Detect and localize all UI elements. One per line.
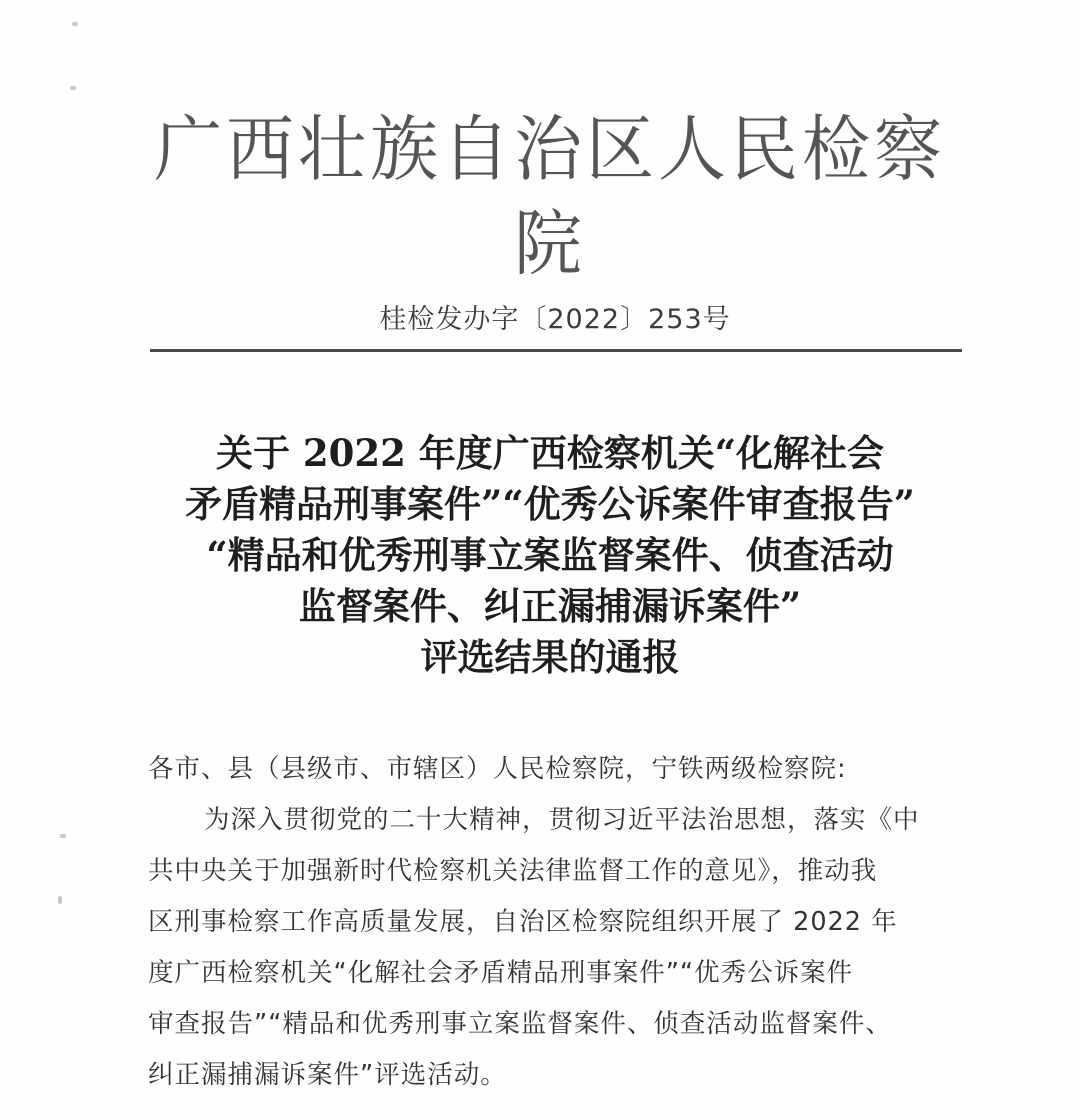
- notice-title-line: 评选结果的通报: [140, 632, 960, 683]
- paragraph-line: 纠正漏捕漏诉案件”评选活动。: [148, 1050, 968, 1101]
- notice-title-line: 关于 2022 年度广西检察机关“化解社会: [140, 428, 960, 479]
- body-text: 各市、县（县级市、市辖区）人民检察院，宁铁两级检察院: 为深入贯彻党的二十大精神…: [148, 744, 968, 1101]
- issuer-heading: 广西壮族自治区人民检察院: [150, 104, 950, 293]
- notice-title-line: 监督案件、纠正漏捕漏诉案件”: [140, 581, 960, 632]
- notice-title: 关于 2022 年度广西检察机关“化解社会 矛盾精品刑事案件”“优秀公诉案件审查…: [140, 428, 960, 683]
- margin-mark: [72, 22, 78, 26]
- paragraph-line: 审查报告”“精品和优秀刑事立案监督案件、侦查活动监督案件、: [148, 999, 968, 1050]
- margin-mark: [70, 86, 76, 90]
- paragraph-line: 区刑事检察工作高质量发展，自治区检察院组织开展了 2022 年: [148, 897, 968, 948]
- addressee-line: 各市、县（县级市、市辖区）人民检察院，宁铁两级检察院:: [148, 744, 968, 795]
- paragraph-line: 为深入贯彻党的二十大精神，贯彻习近平法治思想，落实《中: [148, 795, 968, 846]
- document-page: 广西壮族自治区人民检察院 桂检发办字〔2022〕253号 关于 2022 年度广…: [0, 0, 1080, 1120]
- margin-mark: [60, 834, 66, 838]
- header-divider: [150, 349, 962, 352]
- notice-title-line: “精品和优秀刑事立案监督案件、侦查活动: [140, 530, 960, 581]
- notice-title-line: 矛盾精品刑事案件”“优秀公诉案件审查报告”: [140, 479, 960, 530]
- paragraph-line: 度广西检察机关“化解社会矛盾精品刑事案件”“优秀公诉案件: [148, 948, 968, 999]
- paragraph-line: 共中央关于加强新时代检察机关法律监督工作的意见》，推动我: [148, 846, 968, 897]
- document-number: 桂检发办字〔2022〕253号: [150, 300, 960, 340]
- margin-mark: [58, 896, 62, 904]
